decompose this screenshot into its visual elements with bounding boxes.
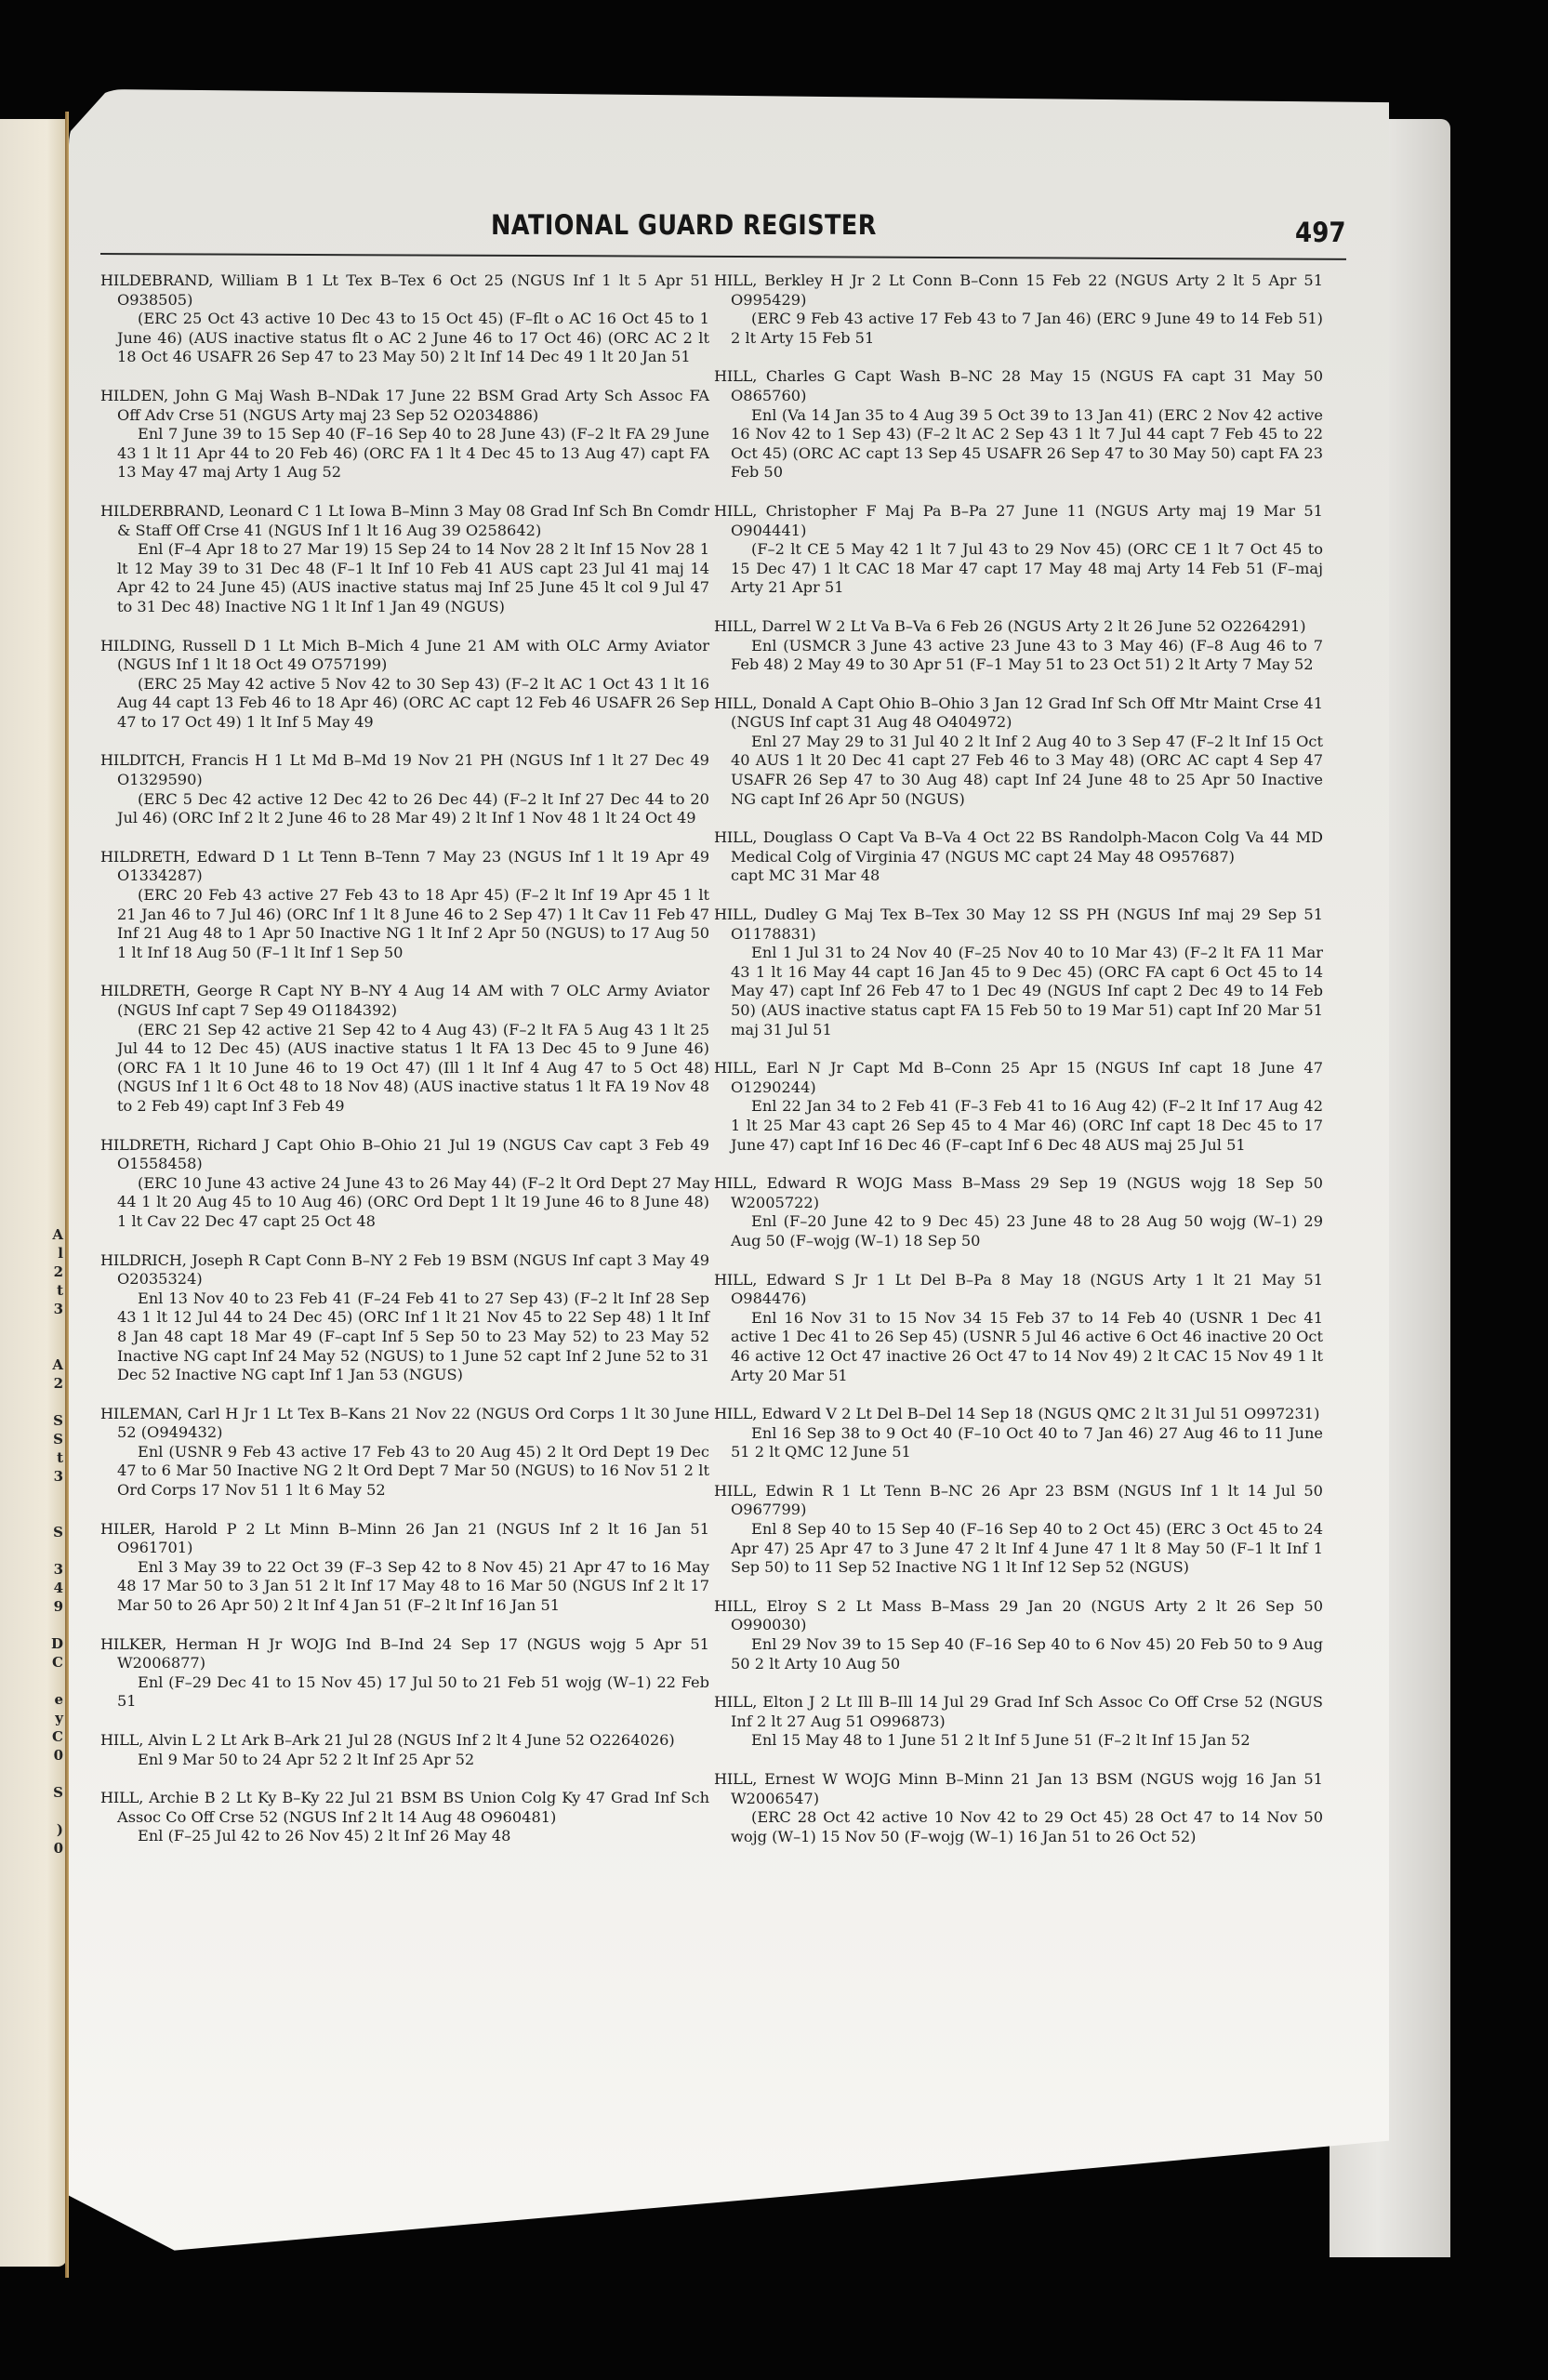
surname: HILL, xyxy=(100,1789,143,1806)
entry-summary: Earl N Jr Capt Md B–Conn 25 Apr 15 (NGUS… xyxy=(731,1059,1323,1096)
entry-summary: Carl H Jr 1 Lt Tex B–Kans 21 Nov 22 (NGU… xyxy=(117,1405,709,1442)
edge-char: D xyxy=(35,1634,63,1653)
entry-summary: Douglass O Capt Va B–Va 4 Oct 22 BS Rand… xyxy=(731,828,1323,866)
edge-char xyxy=(35,1504,63,1523)
register-entry: HILL, Archie B 2 Lt Ky B–Ky 22 Jul 21 BS… xyxy=(100,1789,709,1846)
register-entry: HILEMAN, Carl H Jr 1 Lt Tex B–Kans 21 No… xyxy=(100,1405,709,1501)
surname: HILL, xyxy=(714,694,757,712)
edge-char xyxy=(35,1393,63,1411)
surname: HILDING, xyxy=(100,637,176,654)
entry-heading: HILL, Alvin L 2 Lt Ark B–Ark 21 Jul 28 (… xyxy=(100,1731,709,1751)
edge-char: 4 xyxy=(35,1579,63,1597)
register-entry: HILDING, Russell D 1 Lt Mich B–Mich 4 Ju… xyxy=(100,637,709,733)
edge-char: ) xyxy=(35,1820,63,1839)
edge-char xyxy=(35,1337,63,1355)
register-entry: HILDRETH, George R Capt NY B–NY 4 Aug 14… xyxy=(100,982,709,1116)
entry-service-record: (ERC 21 Sep 42 active 21 Sep 42 to 4 Aug… xyxy=(100,1021,709,1117)
register-entry: HILL, Alvin L 2 Lt Ark B–Ark 21 Jul 28 (… xyxy=(100,1731,709,1769)
register-entry: HILDRETH, Richard J Capt Ohio B–Ohio 21 … xyxy=(100,1136,709,1232)
entry-heading: HILL, Elton J 2 Lt Ill B–Ill 14 Jul 29 G… xyxy=(714,1693,1323,1731)
entry-heading: HILL, Edward R WOJG Mass B–Mass 29 Sep 1… xyxy=(714,1174,1323,1212)
edge-char: 2 xyxy=(35,1374,63,1393)
entry-heading: HILL, Edward V 2 Lt Del B–Del 14 Sep 18 … xyxy=(714,1405,1323,1424)
edge-char: l xyxy=(35,1244,63,1263)
edge-char xyxy=(35,1616,63,1634)
entry-summary: Christopher F Maj Pa B–Pa 27 June 11 (NG… xyxy=(731,502,1323,539)
surname: HILL, xyxy=(714,1693,757,1711)
surname: HILEMAN, xyxy=(100,1405,182,1422)
register-entry: HILDRICH, Joseph R Capt Conn B–NY 2 Feb … xyxy=(100,1251,709,1385)
entry-service-record: Enl (USMCR 3 June 43 active 23 June 43 t… xyxy=(714,637,1323,675)
entry-service-record: Enl 9 Mar 50 to 24 Apr 52 2 lt Inf 25 Ap… xyxy=(100,1751,709,1770)
surname: HILL, xyxy=(714,1174,757,1192)
entry-service-record: Enl 3 May 39 to 22 Oct 39 (F–3 Sep 42 to… xyxy=(100,1558,709,1616)
edge-char xyxy=(35,1672,63,1690)
entry-service-record: (ERC 25 May 42 active 5 Nov 42 to 30 Sep… xyxy=(100,675,709,733)
register-entry: HILL, Earl N Jr Capt Md B–Conn 25 Apr 15… xyxy=(714,1059,1323,1155)
entry-service-record: Enl (F–29 Dec 41 to 15 Nov 45) 17 Jul 50… xyxy=(100,1673,709,1712)
edge-char: S xyxy=(35,1411,63,1430)
entry-service-record: Enl 13 Nov 40 to 23 Feb 41 (F–24 Feb 41 … xyxy=(100,1289,709,1385)
edge-char: e xyxy=(35,1690,63,1709)
entry-service-record: Enl 16 Nov 31 to 15 Nov 34 15 Feb 37 to … xyxy=(714,1309,1323,1385)
entry-summary: Edwin R 1 Lt Tenn B–NC 26 Apr 23 BSM (NG… xyxy=(731,1482,1323,1519)
register-entry: HILL, Elton J 2 Lt Ill B–Ill 14 Jul 29 G… xyxy=(714,1693,1323,1751)
entry-summary: George R Capt NY B–NY 4 Aug 14 AM with 7… xyxy=(117,982,709,1019)
surname: HILL, xyxy=(714,1271,757,1289)
entry-summary: Francis H 1 Lt Md B–Md 19 Nov 21 PH (NGU… xyxy=(117,751,709,788)
entry-heading: HILL, Earl N Jr Capt Md B–Conn 25 Apr 15… xyxy=(714,1059,1323,1097)
edge-char: 2 xyxy=(35,1263,63,1281)
register-entry: HILL, Dudley G Maj Tex B–Tex 30 May 12 S… xyxy=(714,906,1323,1039)
surname: HILDRETH, xyxy=(100,982,191,999)
surname: HILL, xyxy=(714,1597,757,1615)
edge-char: 3 xyxy=(35,1300,63,1318)
page-title: NATIONAL GUARD REGISTER xyxy=(491,209,877,241)
entry-summary: Berkley H Jr 2 Lt Conn B–Conn 15 Feb 22 … xyxy=(731,271,1323,309)
page-number: 497 xyxy=(1296,217,1346,248)
entry-heading: HILDRETH, Richard J Capt Ohio B–Ohio 21 … xyxy=(100,1136,709,1174)
entry-heading: HILL, Darrel W 2 Lt Va B–Va 6 Feb 26 (NG… xyxy=(714,617,1323,637)
entry-summary: Edward D 1 Lt Tenn B–Tenn 7 May 23 (NGUS… xyxy=(117,848,709,885)
surname: HILL, xyxy=(714,502,757,520)
entry-heading: HILDRETH, Edward D 1 Lt Tenn B–Tenn 7 Ma… xyxy=(100,848,709,886)
entry-service-record: (ERC 25 Oct 43 active 10 Dec 43 to 15 Oc… xyxy=(100,310,709,367)
entry-service-record: (F–2 lt CE 5 May 42 1 lt 7 Jul 43 to 29 … xyxy=(714,540,1323,598)
register-entry: HILL, Edward V 2 Lt Del B–Del 14 Sep 18 … xyxy=(714,1405,1323,1462)
entry-summary: Richard J Capt Ohio B–Ohio 21 Jul 19 (NG… xyxy=(117,1136,709,1173)
entry-summary: Edward V 2 Lt Del B–Del 14 Sep 18 (NGUS … xyxy=(761,1405,1319,1422)
entry-heading: HILL, Charles G Capt Wash B–NC 28 May 15… xyxy=(714,367,1323,405)
entry-summary: Darrel W 2 Lt Va B–Va 6 Feb 26 (NGUS Art… xyxy=(761,617,1305,635)
register-entry: HILL, Edwin R 1 Lt Tenn B–NC 26 Apr 23 B… xyxy=(714,1482,1323,1578)
entry-heading: HILL, Edward S Jr 1 Lt Del B–Pa 8 May 18… xyxy=(714,1271,1323,1309)
entry-summary: Elton J 2 Lt Ill B–Ill 14 Jul 29 Grad In… xyxy=(731,1693,1323,1730)
surname: HILL, xyxy=(714,367,757,385)
entry-service-record: Enl (USNR 9 Feb 43 active 17 Feb 43 to 2… xyxy=(100,1443,709,1501)
surname: HILKER, xyxy=(100,1635,166,1653)
register-entry: HILDEBRAND, William B 1 Lt Tex B–Tex 6 O… xyxy=(100,271,709,367)
entry-service-record: capt MC 31 Mar 48 xyxy=(714,866,1323,886)
edge-char: A xyxy=(35,1225,63,1244)
entry-service-record: Enl (Va 14 Jan 35 to 4 Aug 39 5 Oct 39 t… xyxy=(714,406,1323,483)
entry-heading: HILL, Douglass O Capt Va B–Va 4 Oct 22 B… xyxy=(714,828,1323,866)
entry-summary: Alvin L 2 Lt Ark B–Ark 21 Jul 28 (NGUS I… xyxy=(148,1731,674,1749)
entry-heading: HILL, Christopher F Maj Pa B–Pa 27 June … xyxy=(714,502,1323,540)
entry-summary: Edward R WOJG Mass B–Mass 29 Sep 19 (NGU… xyxy=(731,1174,1323,1211)
entry-service-record: (ERC 20 Feb 43 active 27 Feb 43 to 18 Ap… xyxy=(100,886,709,962)
register-entry: HILL, Charles G Capt Wash B–NC 28 May 15… xyxy=(714,367,1323,483)
surname: HILDEBRAND, xyxy=(100,271,213,289)
entry-service-record: Enl 22 Jan 34 to 2 Feb 41 (F–3 Feb 41 to… xyxy=(714,1097,1323,1155)
entry-summary: Archie B 2 Lt Ky B–Ky 22 Jul 21 BSM BS U… xyxy=(117,1789,709,1826)
entry-summary: Donald A Capt Ohio B–Ohio 3 Jan 12 Grad … xyxy=(731,694,1323,732)
edge-char: S xyxy=(35,1430,63,1448)
register-entry: HILL, Christopher F Maj Pa B–Pa 27 June … xyxy=(714,502,1323,598)
entry-service-record: Enl 7 June 39 to 15 Sep 40 (F–16 Sep 40 … xyxy=(100,425,709,483)
edge-char xyxy=(35,1765,63,1783)
edge-char: C xyxy=(35,1727,63,1746)
entry-heading: HILL, Dudley G Maj Tex B–Tex 30 May 12 S… xyxy=(714,906,1323,944)
entry-service-record: Enl 29 Nov 39 to 15 Sep 40 (F–16 Sep 40 … xyxy=(714,1635,1323,1673)
entry-service-record: (ERC 28 Oct 42 active 10 Nov 42 to 29 Oc… xyxy=(714,1808,1323,1846)
entry-summary: Herman H Jr WOJG Ind B–Ind 24 Sep 17 (NG… xyxy=(117,1635,709,1673)
entry-summary: Harold P 2 Lt Minn B–Minn 26 Jan 21 (NGU… xyxy=(117,1520,709,1557)
entry-summary: Charles G Capt Wash B–NC 28 May 15 (NGUS… xyxy=(731,367,1323,404)
edge-char: t xyxy=(35,1281,63,1300)
edge-char: 9 xyxy=(35,1597,63,1616)
entry-heading: HILDITCH, Francis H 1 Lt Md B–Md 19 Nov … xyxy=(100,751,709,789)
entry-service-record: Enl 8 Sep 40 to 15 Sep 40 (F–16 Sep 40 t… xyxy=(714,1520,1323,1578)
surname: HILL, xyxy=(714,271,757,289)
book-gutter xyxy=(65,112,69,2278)
edge-char: y xyxy=(35,1709,63,1727)
entry-summary: Joseph R Capt Conn B–NY 2 Feb 19 BSM (NG… xyxy=(117,1251,709,1289)
surname: HILDRICH, xyxy=(100,1251,187,1269)
register-entry: HILDERBRAND, Leonard C 1 Lt Iowa B–Minn … xyxy=(100,502,709,617)
entry-heading: HILL, Elroy S 2 Lt Mass B–Mass 29 Jan 20… xyxy=(714,1597,1323,1635)
surname: HILL, xyxy=(714,617,757,635)
edge-char: S xyxy=(35,1783,63,1802)
entry-heading: HILDRICH, Joseph R Capt Conn B–NY 2 Feb … xyxy=(100,1251,709,1289)
register-entry: HILL, Elroy S 2 Lt Mass B–Mass 29 Jan 20… xyxy=(714,1597,1323,1673)
surname: HILL, xyxy=(714,1405,757,1422)
entry-summary: Ernest W WOJG Minn B–Minn 21 Jan 13 BSM … xyxy=(731,1770,1323,1807)
register-entry: HILL, Edward R WOJG Mass B–Mass 29 Sep 1… xyxy=(714,1174,1323,1250)
surname: HILL, xyxy=(714,828,757,846)
entry-heading: HILL, Archie B 2 Lt Ky B–Ky 22 Jul 21 BS… xyxy=(100,1789,709,1827)
entry-heading: HILEMAN, Carl H Jr 1 Lt Tex B–Kans 21 No… xyxy=(100,1405,709,1443)
right-column: HILL, Berkley H Jr 2 Lt Conn B–Conn 15 F… xyxy=(714,271,1323,1866)
surname: HILL, xyxy=(714,1482,757,1500)
entry-service-record: Enl 27 May 29 to 31 Jul 40 2 lt Inf 2 Au… xyxy=(714,733,1323,809)
edge-char: C xyxy=(35,1653,63,1672)
register-entry: HILKER, Herman H Jr WOJG Ind B–Ind 24 Se… xyxy=(100,1635,709,1712)
previous-page-text-fragments: Al2t3 A2 SSt3 S 349 DC eyC0 S )0 xyxy=(35,1225,63,1858)
edge-char: t xyxy=(35,1448,63,1467)
entry-service-record: Enl (F–25 Jul 42 to 26 Nov 45) 2 lt Inf … xyxy=(100,1827,709,1846)
entry-heading: HILL, Donald A Capt Ohio B–Ohio 3 Jan 12… xyxy=(714,694,1323,733)
surname: HILDRETH, xyxy=(100,848,191,866)
entry-heading: HILDING, Russell D 1 Lt Mich B–Mich 4 Ju… xyxy=(100,637,709,675)
entry-summary: Dudley G Maj Tex B–Tex 30 May 12 SS PH (… xyxy=(731,906,1323,943)
entry-heading: HILL, Ernest W WOJG Minn B–Minn 21 Jan 1… xyxy=(714,1770,1323,1808)
edge-char: S xyxy=(35,1523,63,1541)
register-entry: HILL, Donald A Capt Ohio B–Ohio 3 Jan 12… xyxy=(714,694,1323,810)
entry-heading: HILDEN, John G Maj Wash B–NDak 17 June 2… xyxy=(100,387,709,425)
surname: HILDRETH, xyxy=(100,1136,191,1154)
entry-service-record: Enl 15 May 48 to 1 June 51 2 lt Inf 5 Ju… xyxy=(714,1731,1323,1751)
edge-char: A xyxy=(35,1355,63,1374)
entry-service-record: Enl (F–20 June 42 to 9 Dec 45) 23 June 4… xyxy=(714,1212,1323,1250)
edge-char: 0 xyxy=(35,1839,63,1858)
register-entry: HILL, Berkley H Jr 2 Lt Conn B–Conn 15 F… xyxy=(714,271,1323,348)
register-entry: HILDRETH, Edward D 1 Lt Tenn B–Tenn 7 Ma… xyxy=(100,848,709,963)
register-entry: HILL, Darrel W 2 Lt Va B–Va 6 Feb 26 (NG… xyxy=(714,617,1323,675)
entry-heading: HILL, Berkley H Jr 2 Lt Conn B–Conn 15 F… xyxy=(714,271,1323,310)
entry-service-record: Enl 16 Sep 38 to 9 Oct 40 (F–10 Oct 40 t… xyxy=(714,1424,1323,1462)
edge-char xyxy=(35,1802,63,1820)
entry-service-record: (ERC 5 Dec 42 active 12 Dec 42 to 26 Dec… xyxy=(100,790,709,828)
previous-page-edge: Al2t3 A2 SSt3 S 349 DC eyC0 S )0 xyxy=(0,119,67,2267)
running-header: NATIONAL GUARD REGISTER 497 xyxy=(100,200,1346,246)
edge-char: 3 xyxy=(35,1560,63,1579)
register-entry: HILDITCH, Francis H 1 Lt Md B–Md 19 Nov … xyxy=(100,751,709,827)
entry-summary: Russell D 1 Lt Mich B–Mich 4 June 21 AM … xyxy=(117,637,709,674)
register-entry: HILL, Ernest W WOJG Minn B–Minn 21 Jan 1… xyxy=(714,1770,1323,1846)
entry-heading: HILL, Edwin R 1 Lt Tenn B–NC 26 Apr 23 B… xyxy=(714,1482,1323,1520)
edge-char: 0 xyxy=(35,1746,63,1765)
edge-char xyxy=(35,1318,63,1337)
entry-service-record: Enl 1 Jul 31 to 24 Nov 40 (F–25 Nov 40 t… xyxy=(714,944,1323,1039)
entry-heading: HILKER, Herman H Jr WOJG Ind B–Ind 24 Se… xyxy=(100,1635,709,1673)
register-entry: HILL, Edward S Jr 1 Lt Del B–Pa 8 May 18… xyxy=(714,1271,1323,1386)
surname: HILL, xyxy=(714,1770,757,1788)
entry-service-record: (ERC 10 June 43 active 24 June 43 to 26 … xyxy=(100,1174,709,1232)
surname: HILDERBRAND, xyxy=(100,502,224,520)
register-entry: HILDEN, John G Maj Wash B–NDak 17 June 2… xyxy=(100,387,709,483)
surname: HILDITCH, xyxy=(100,751,185,769)
edge-char: 3 xyxy=(35,1467,63,1486)
surname: HILL, xyxy=(100,1731,143,1749)
entry-summary: Edward S Jr 1 Lt Del B–Pa 8 May 18 (NGUS… xyxy=(731,1271,1323,1308)
register-entry: HILER, Harold P 2 Lt Minn B–Minn 26 Jan … xyxy=(100,1520,709,1616)
entry-service-record: Enl (F–4 Apr 18 to 27 Mar 19) 15 Sep 24 … xyxy=(100,540,709,616)
entry-summary: Elroy S 2 Lt Mass B–Mass 29 Jan 20 (NGUS… xyxy=(731,1597,1323,1634)
entry-heading: HILDRETH, George R Capt NY B–NY 4 Aug 14… xyxy=(100,982,709,1020)
left-column: HILDEBRAND, William B 1 Lt Tex B–Tex 6 O… xyxy=(100,271,709,1866)
entry-service-record: (ERC 9 Feb 43 active 17 Feb 43 to 7 Jan … xyxy=(714,310,1323,348)
entry-heading: HILDEBRAND, William B 1 Lt Tex B–Tex 6 O… xyxy=(100,271,709,310)
register-entry: HILL, Douglass O Capt Va B–Va 4 Oct 22 B… xyxy=(714,828,1323,886)
edge-char xyxy=(35,1486,63,1504)
surname: HILDEN, xyxy=(100,387,168,404)
entry-heading: HILDERBRAND, Leonard C 1 Lt Iowa B–Minn … xyxy=(100,502,709,540)
surname: HILL, xyxy=(714,906,757,923)
entry-summary: John G Maj Wash B–NDak 17 June 22 BSM Gr… xyxy=(117,387,709,424)
entry-heading: HILER, Harold P 2 Lt Minn B–Minn 26 Jan … xyxy=(100,1520,709,1558)
edge-char xyxy=(35,1541,63,1560)
surname: HILL, xyxy=(714,1059,757,1077)
surname: HILER, xyxy=(100,1520,155,1538)
